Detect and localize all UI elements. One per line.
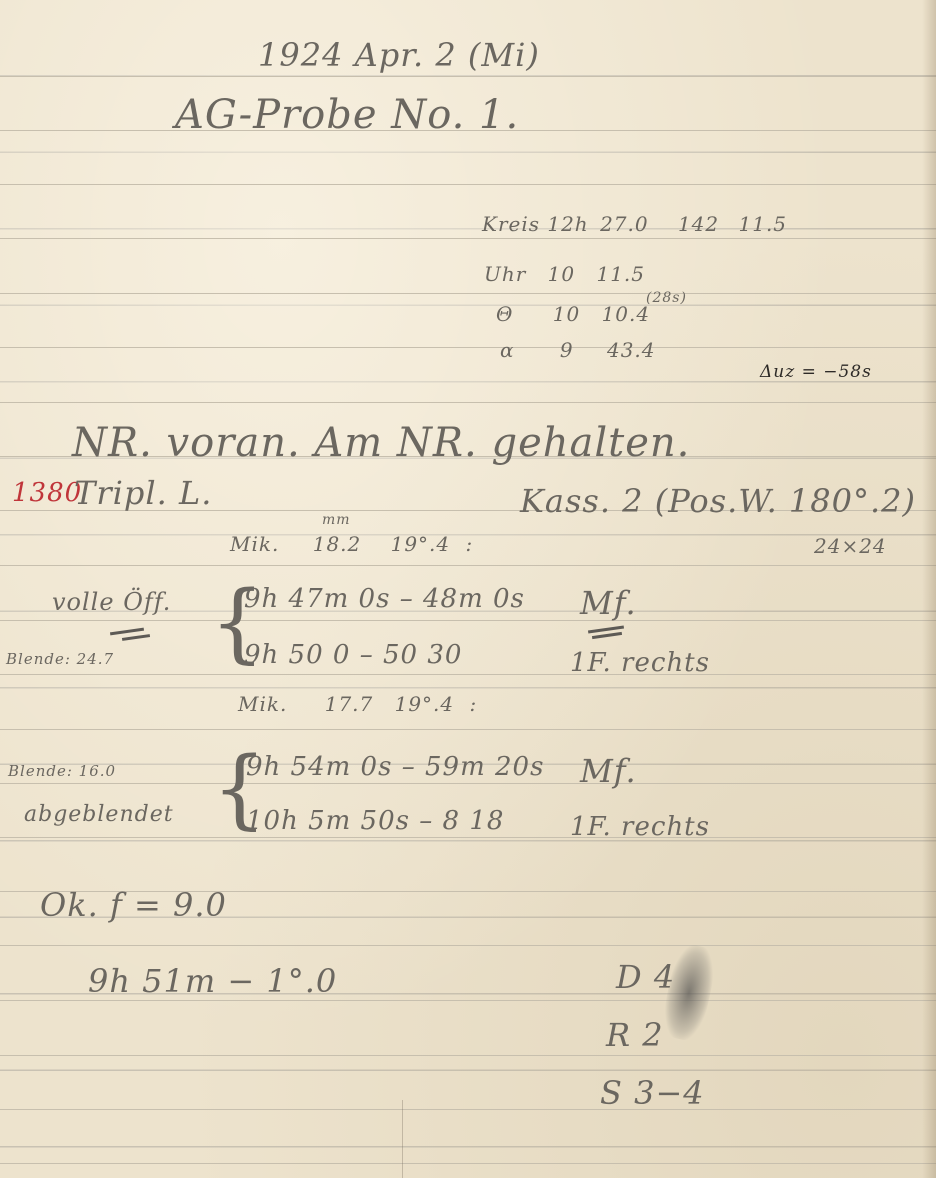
ruled-line <box>0 347 936 348</box>
exposure-row: 9h 47m 0s – 48m 0s <box>244 584 525 614</box>
series-1-aperture-label: volle Öff. <box>52 588 171 616</box>
seeing-d-rating: D 4 <box>616 958 675 996</box>
time-row-kreis: Kreis 12h 27.0 142 11.5 <box>482 212 787 236</box>
ruled-line <box>0 238 936 239</box>
double-underline-mark <box>592 632 622 639</box>
time-row-uhr: Uhr 10 11.5 <box>484 262 645 286</box>
notebook-page: 1924 Apr. 2 (Mi) AG-Probe No. 1. Kreis 1… <box>0 0 936 1178</box>
ruled-line <box>0 565 936 566</box>
series-1-blende-label: Blende: 24.7 <box>6 650 114 668</box>
catalog-number: 1380 <box>12 478 82 508</box>
ruled-line <box>0 402 936 403</box>
ruled-line <box>0 783 936 784</box>
cassette-info: Kass. 2 (Pos.W. 180°.2) <box>520 482 916 520</box>
ruled-line <box>0 674 936 675</box>
procedure-note: NR. voran. Am NR. gehalten. <box>72 420 690 466</box>
exposure-result: Mf. <box>580 584 637 622</box>
exposure-row: 9h 54m 0s – 59m 20s <box>246 752 544 782</box>
time-row-theta: Θ 10 10.4 <box>496 302 650 326</box>
ruled-line <box>0 1163 936 1164</box>
ruled-line <box>0 1109 936 1110</box>
bleed-through-mark <box>402 1100 403 1178</box>
ruled-line <box>0 945 936 946</box>
ocular-focal-length: Ok. f = 9.0 <box>40 886 227 924</box>
double-underline-mark <box>110 628 144 636</box>
mikrometer-reading-2: Mik. 17.7 19°.4 : <box>238 692 477 716</box>
mm-unit: mm <box>322 512 351 528</box>
series-2-aperture-label: abgeblendet <box>24 802 174 827</box>
page-edge-shadow <box>922 0 936 1178</box>
ruled-line <box>0 293 936 294</box>
ruled-line <box>0 729 936 730</box>
ruled-line <box>0 1000 936 1001</box>
exposure-result: 1F. rechts <box>570 648 710 678</box>
ruled-line <box>0 1055 936 1056</box>
seeing-r-rating: R 2 <box>606 1016 664 1054</box>
ruled-line <box>0 76 936 77</box>
exposure-row: 10h 5m 50s – 8 18 <box>246 806 504 836</box>
ocular-time-reading: 9h 51m − 1°.0 <box>88 962 337 1000</box>
entry-date: 1924 Apr. 2 (Mi) <box>258 36 540 74</box>
series-2-blende-label: Blende: 16.0 <box>8 762 116 780</box>
ruled-line <box>0 620 936 621</box>
ruled-line <box>0 184 936 185</box>
uhr-note: (28s) <box>646 290 687 306</box>
mikrometer-reading-1: Mik. 18.2 19°.4 : <box>230 532 473 556</box>
seeing-s-rating: S 3−4 <box>600 1074 705 1112</box>
time-row-alpha: α 9 43.4 <box>500 338 656 362</box>
plate-size: 24×24 <box>814 534 887 558</box>
ruled-line <box>0 837 936 838</box>
delta-clock-correction: Δuz = −58s <box>760 362 872 382</box>
double-underline-mark <box>122 634 150 641</box>
entry-title: AG-Probe No. 1. <box>175 92 519 138</box>
exposure-result: 1F. rechts <box>570 812 710 842</box>
target-name: Tripl. L. <box>74 474 212 512</box>
exposure-result: Mf. <box>580 752 637 790</box>
exposure-row: 9h 50 0 – 50 30 <box>244 640 462 670</box>
